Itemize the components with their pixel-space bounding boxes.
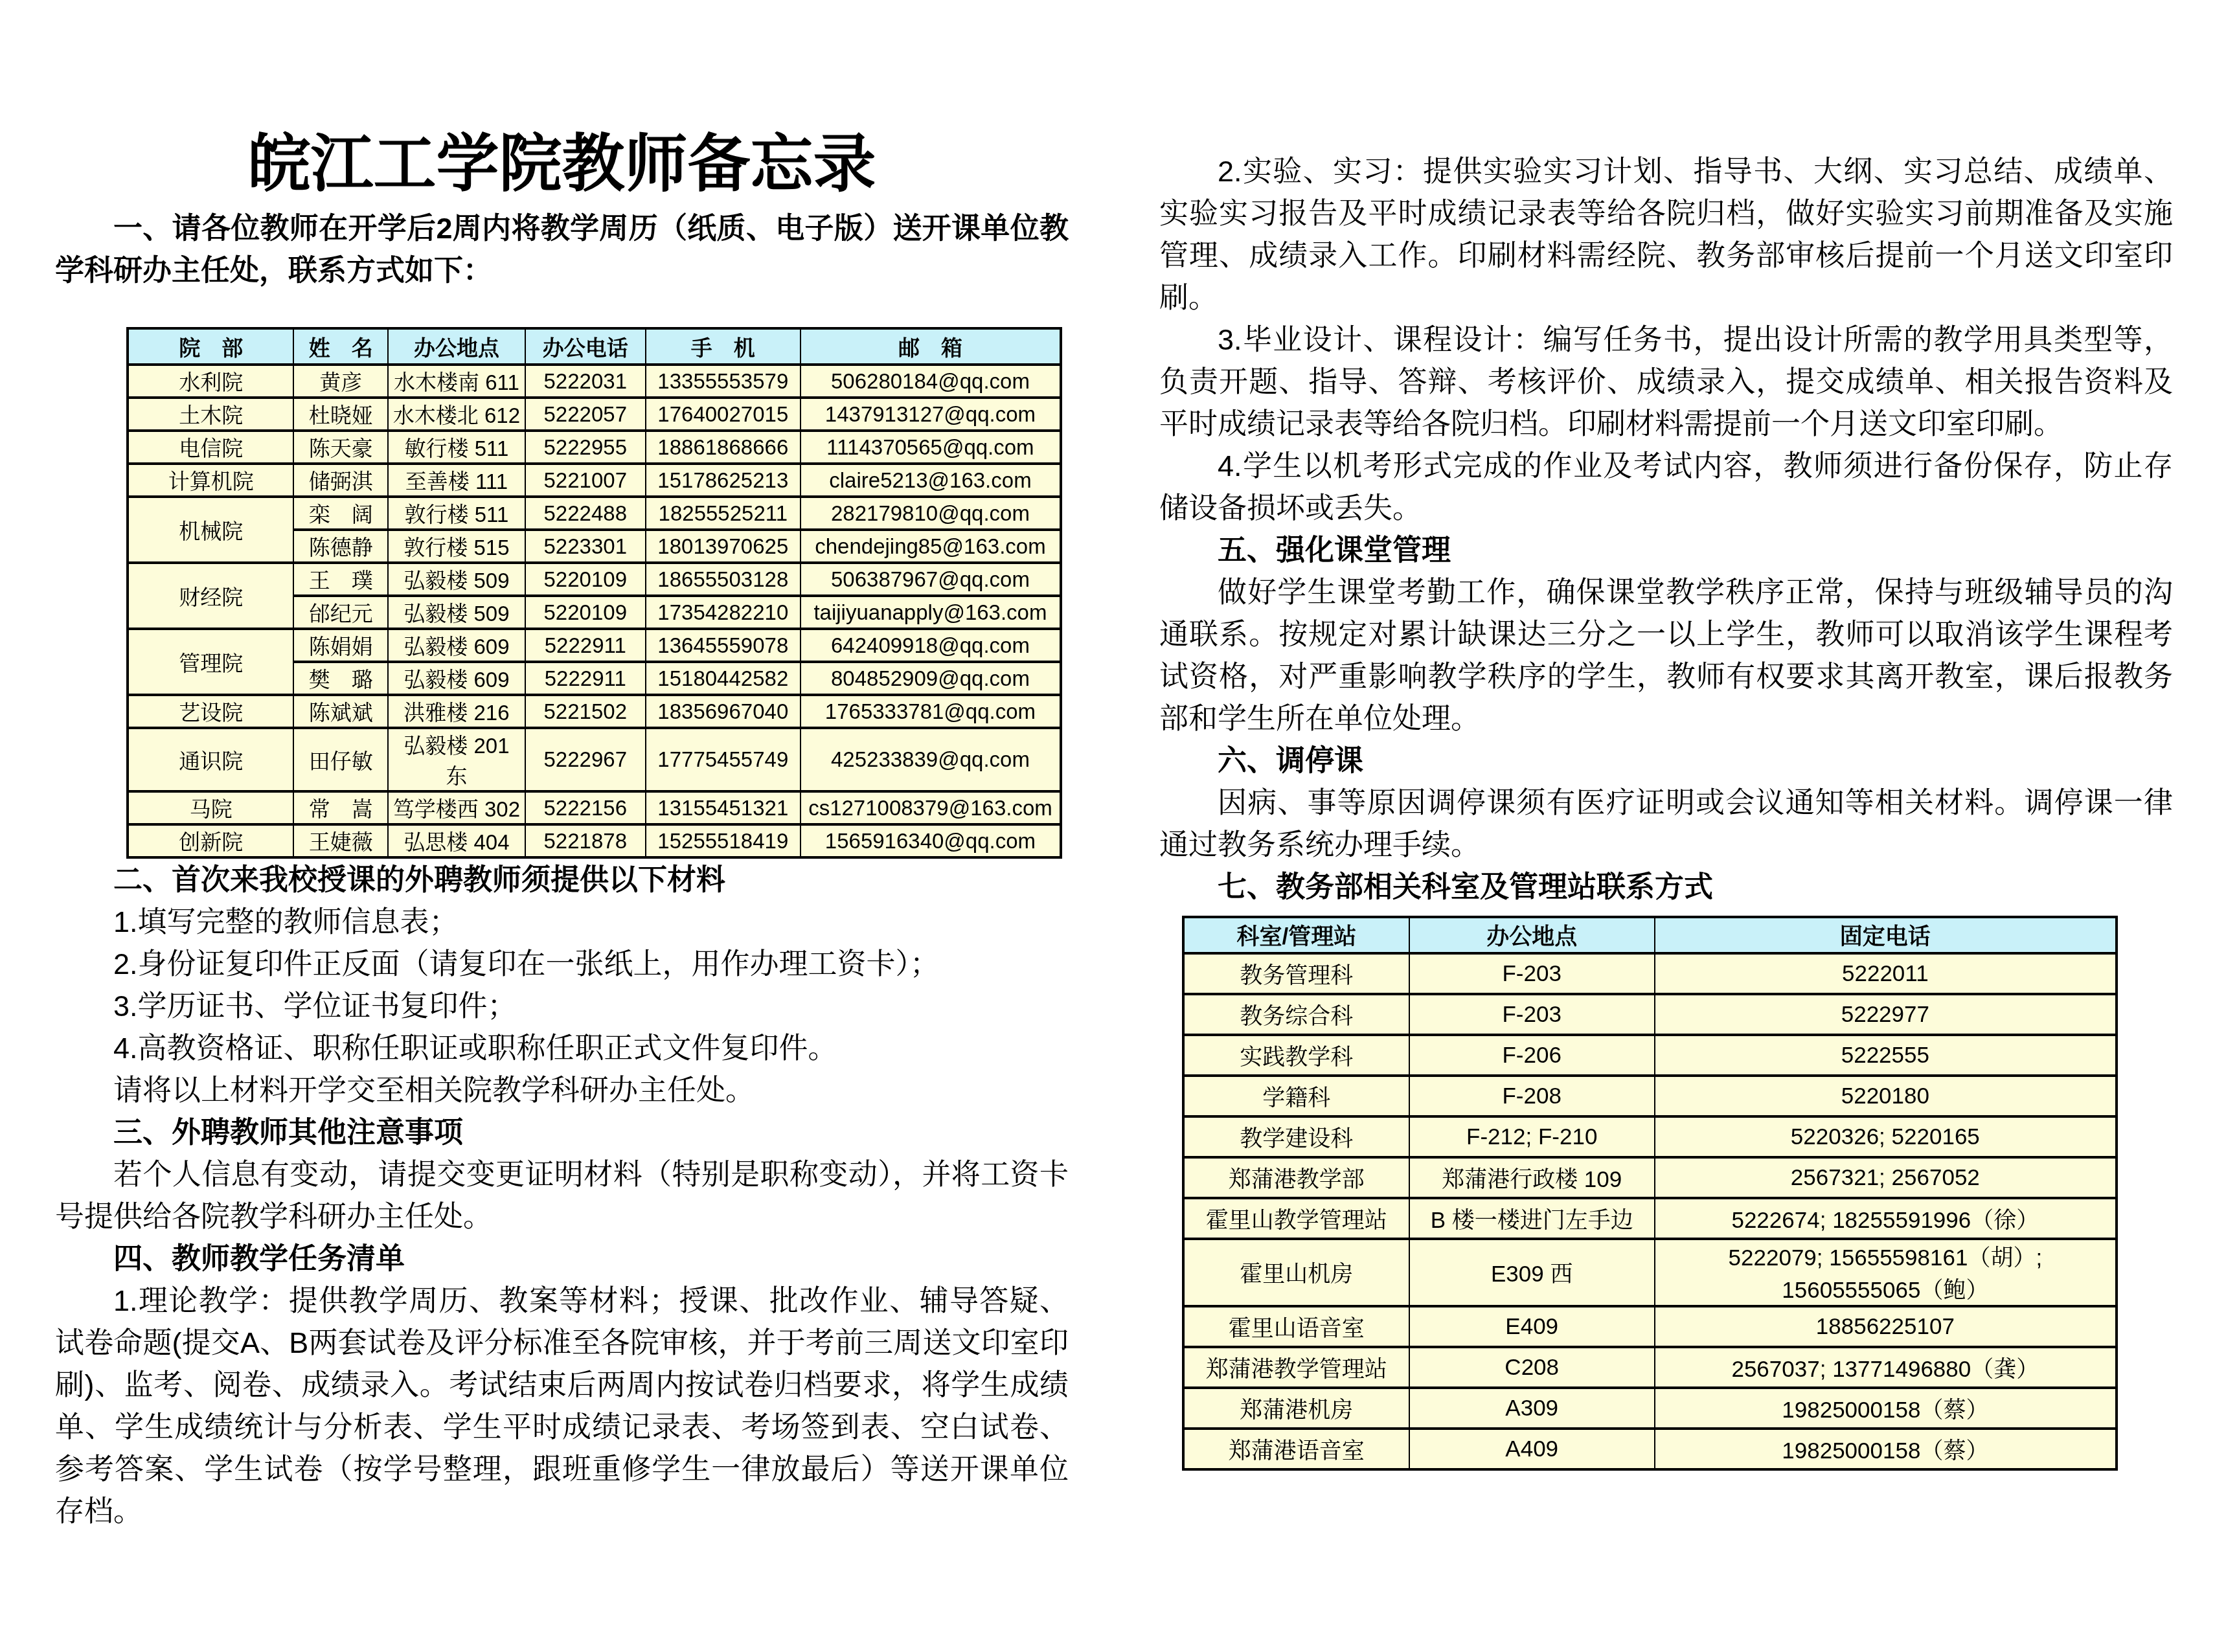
right-column: 2.实验、实习：提供实验实习计划、指导书、大纲、实习总结、成绩单、实验实习报告及… [1159, 0, 2173, 1471]
table-cell: 王婕薇 [293, 824, 388, 857]
table-row: 土木院杜晓娅水木楼北 61252220571764002701514379131… [128, 398, 1061, 431]
table-cell: 1437913127@qq.com [801, 398, 1061, 431]
table-row: 通识院田仔敏弘毅楼 201 东5222967177754557494252338… [128, 728, 1061, 791]
section-2-item-1: 1.填写完整的教师信息表； [55, 901, 1069, 943]
section-4-item-4: 4.学生以机考形式完成的作业及考试内容，教师须进行备份保存，防止存储设备损坏或丢… [1159, 445, 2173, 529]
table-cell: 陈斌斌 [293, 695, 388, 728]
table-cell: 5222057 [525, 398, 646, 431]
table-cell: 5221878 [525, 824, 646, 857]
table-cell: 郑蒲港语音室 [1183, 1429, 1409, 1469]
table-cell: 15180442582 [646, 662, 801, 695]
column-header-email: 邮 箱 [801, 328, 1061, 365]
table-row: 教务综合科F-2035222977 [1183, 994, 2117, 1035]
table-cell: 霍里山教学管理站 [1183, 1198, 1409, 1239]
table-cell: 创新院 [128, 824, 293, 857]
table-cell: 282179810@qq.com [801, 497, 1061, 530]
table-cell: 电信院 [128, 431, 293, 464]
table-row: 艺设院陈斌斌洪雅楼 216522150218356967040176533378… [128, 695, 1061, 728]
table-cell: 通识院 [128, 728, 293, 791]
table-cell: 5222977 [1655, 994, 2117, 1035]
table-cell: 栾 阔 [293, 497, 388, 530]
table-cell: 弘思楼 404 [388, 824, 525, 857]
table-row: 郑蒲港机房A30919825000158（蔡） [1183, 1388, 2117, 1429]
table-cell: 18356967040 [646, 695, 801, 728]
table-cell: 郑蒲港机房 [1183, 1388, 1409, 1429]
section-6-heading: 六、调停课 [1159, 740, 2173, 782]
table-row: 马院常 嵩笃学楼西 302522215613155451321cs1271008… [128, 791, 1061, 824]
table-cell: 5223301 [525, 530, 646, 563]
contact-table-body: 水利院黄彦水木楼南 611522203113355553579506280184… [128, 365, 1061, 857]
table-cell: 弘毅楼 509 [388, 563, 525, 596]
table-row: 郑蒲港教学部郑蒲港行政楼 1092567321; 2567052 [1183, 1157, 2117, 1198]
table-row: 郑蒲港教学管理站C2082567037; 13771496880（龚） [1183, 1347, 2117, 1388]
table-cell: 506280184@qq.com [801, 365, 1061, 398]
table-cell: 土木院 [128, 398, 293, 431]
table-cell: 樊 璐 [293, 662, 388, 695]
table-cell: 常 嵩 [293, 791, 388, 824]
table-cell: 804852909@qq.com [801, 662, 1061, 695]
table-cell: 18655503128 [646, 563, 801, 596]
column-header-mobile: 手 机 [646, 328, 801, 365]
table-row: 教务管理科F-2035222011 [1183, 953, 2117, 994]
table-cell: 教务综合科 [1183, 994, 1409, 1035]
table-cell: 5220180 [1655, 1076, 2117, 1116]
table-row: 学籍科F-2085220180 [1183, 1076, 2117, 1116]
table-row: 霍里山机房E309 西5222079; 15655598161（胡）; 1560… [1183, 1239, 2117, 1306]
table-row: 霍里山教学管理站B 楼一楼进门左手边5222674; 18255591996（徐… [1183, 1198, 2117, 1239]
table-cell: 5222555 [1655, 1035, 2117, 1076]
table-cell: F-203 [1409, 953, 1655, 994]
table-cell: 17354282210 [646, 596, 801, 629]
table-cell: 5222911 [525, 662, 646, 695]
table-cell: C208 [1409, 1347, 1655, 1388]
table-cell: 425233839@qq.com [801, 728, 1061, 791]
table-cell: 5222967 [525, 728, 646, 791]
table-cell: 郑蒲港教学部 [1183, 1157, 1409, 1198]
table-cell: 教学建设科 [1183, 1116, 1409, 1157]
table-cell: 5222488 [525, 497, 646, 530]
table-row: 机械院栾 阔敦行楼 511522248818255525211282179810… [128, 497, 1061, 530]
table-cell: 5222156 [525, 791, 646, 824]
table-cell: 杜晓娅 [293, 398, 388, 431]
table-cell: 霍里山机房 [1183, 1239, 1409, 1306]
table-cell: A409 [1409, 1429, 1655, 1469]
table-row: 实践教学科F-2065222555 [1183, 1035, 2117, 1076]
table-cell: 18856225107 [1655, 1306, 2117, 1347]
table-cell: 18013970625 [646, 530, 801, 563]
table-cell: 5222911 [525, 629, 646, 662]
document-page: 皖江工学院教师备忘录 一、请各位教师在开学后2周内将教学周历（纸质、电子版）送开… [0, 0, 2226, 1652]
table-cell: 5220326; 5220165 [1655, 1116, 2117, 1157]
table-cell: 5221007 [525, 464, 646, 497]
table-row: 郑蒲港语音室A40919825000158（蔡） [1183, 1429, 2117, 1469]
table-row: 计算机院储弼淇至善楼 111522100715178625213claire52… [128, 464, 1061, 497]
table-cell: 水木楼南 611 [388, 365, 525, 398]
table-cell: 王 璞 [293, 563, 388, 596]
document-title: 皖江工学院教师备忘录 [55, 120, 1069, 207]
table-cell: 5220109 [525, 596, 646, 629]
intro-paragraph: 一、请各位教师在开学后2周内将教学周历（纸质、电子版）送开课单位教学科研办主任处… [55, 207, 1069, 291]
table-cell: 教务管理科 [1183, 953, 1409, 994]
section-3-paragraph: 若个人信息有变动，请提交变更证明材料（特别是职称变动），并将工资卡号提供给各院教… [55, 1153, 1069, 1238]
table-cell: 郑蒲港行政楼 109 [1409, 1157, 1655, 1198]
table-cell: 管理院 [128, 629, 293, 695]
table-cell: E309 西 [1409, 1239, 1655, 1306]
table-cell: 田仔敏 [293, 728, 388, 791]
table-cell: F-206 [1409, 1035, 1655, 1076]
table-cell: 19825000158（蔡） [1655, 1429, 2117, 1469]
table-cell: F-203 [1409, 994, 1655, 1035]
column-header-name: 姓 名 [293, 328, 388, 365]
table-cell: 笃学楼西 302 [388, 791, 525, 824]
table-cell: taijiyuanapply@163.com [801, 596, 1061, 629]
section-2-item-2: 2.身份证复印件正反面（请复印在一张纸上，用作办理工资卡）； [55, 943, 1069, 985]
table-row: 创新院王婕薇弘思楼 404522187815255518419156591634… [128, 824, 1061, 857]
table-cell: 18861868666 [646, 431, 801, 464]
table-cell: 1114370565@qq.com [801, 431, 1061, 464]
office-table-body: 教务管理科F-2035222011教务综合科F-2035222977实践教学科F… [1183, 953, 2117, 1469]
table-cell: 15255518419 [646, 824, 801, 857]
table-cell: 17640027015 [646, 398, 801, 431]
table-row: 电信院陈天豪敏行楼 511522295518861868666111437056… [128, 431, 1061, 464]
section-5-heading: 五、强化课堂管理 [1159, 529, 2173, 571]
table-cell: 5222674; 18255591996（徐） [1655, 1198, 2117, 1239]
column-header-office-or-station: 科室/管理站 [1183, 917, 1409, 953]
table-cell: 邰纪元 [293, 596, 388, 629]
table-cell: 5222955 [525, 431, 646, 464]
table-cell: 敦行楼 515 [388, 530, 525, 563]
table-cell: 财经院 [128, 563, 293, 629]
table-cell: 黄彦 [293, 365, 388, 398]
table-cell: 1565916340@qq.com [801, 824, 1061, 857]
section-2-item-3: 3.学历证书、学位证书复印件； [55, 985, 1069, 1027]
office-table-header-row: 科室/管理站 办公地点 固定电话 [1183, 917, 2117, 953]
section-4-item-2: 2.实验、实习：提供实验实习计划、指导书、大纲、实习总结、成绩单、实验实习报告及… [1159, 150, 2173, 319]
table-cell: 储弼淇 [293, 464, 388, 497]
table-cell: 弘毅楼 609 [388, 662, 525, 695]
contact-table-header-row: 院 部 姓 名 办公地点 办公电话 手 机 邮 箱 [128, 328, 1061, 365]
table-cell: E409 [1409, 1306, 1655, 1347]
column-header-department: 院 部 [128, 328, 293, 365]
table-cell: 弘毅楼 201 东 [388, 728, 525, 791]
table-cell: 水利院 [128, 365, 293, 398]
table-cell: 马院 [128, 791, 293, 824]
table-cell: 17775455749 [646, 728, 801, 791]
section-7-heading: 七、教务部相关科室及管理站联系方式 [1159, 866, 2173, 908]
column-header-landline: 固定电话 [1655, 917, 2117, 953]
table-cell: 2567037; 13771496880（龚） [1655, 1347, 2117, 1388]
table-cell: 18255525211 [646, 497, 801, 530]
table-cell: 敏行楼 511 [388, 431, 525, 464]
table-cell: F-208 [1409, 1076, 1655, 1116]
table-cell: 洪雅楼 216 [388, 695, 525, 728]
office-table: 科室/管理站 办公地点 固定电话 教务管理科F-2035222011教务综合科F… [1182, 916, 2118, 1471]
table-cell: 陈天豪 [293, 431, 388, 464]
table-cell: 郑蒲港教学管理站 [1183, 1347, 1409, 1388]
table-cell: 陈德静 [293, 530, 388, 563]
table-cell: 5221502 [525, 695, 646, 728]
column-header-office-location: 办公地点 [388, 328, 525, 365]
table-cell: claire5213@163.com [801, 464, 1061, 497]
table-cell: 计算机院 [128, 464, 293, 497]
table-cell: chendejing85@163.com [801, 530, 1061, 563]
table-cell: 水木楼北 612 [388, 398, 525, 431]
column-header-office-phone: 办公电话 [525, 328, 646, 365]
section-4-item-3: 3.毕业设计、课程设计：编写任务书，提出设计所需的教学用具类型等，负责开题、指导… [1159, 319, 2173, 445]
section-5-paragraph: 做好学生课堂考勤工作，确保课堂教学秩序正常，保持与班级辅导员的沟通联系。按规定对… [1159, 571, 2173, 740]
column-header-office-location: 办公地点 [1409, 917, 1655, 953]
table-cell: 1765333781@qq.com [801, 695, 1061, 728]
table-cell: 13155451321 [646, 791, 801, 824]
section-4-heading: 四、教师教学任务清单 [55, 1238, 1069, 1280]
table-row: 财经院王 璞弘毅楼 509522010918655503128506387967… [128, 563, 1061, 596]
table-cell: 5222011 [1655, 953, 2117, 994]
table-row: 管理院陈娟娟弘毅楼 609522291113645559078642409918… [128, 629, 1061, 662]
table-cell: B 楼一楼进门左手边 [1409, 1198, 1655, 1239]
section-3-heading: 三、外聘教师其他注意事项 [55, 1111, 1069, 1153]
table-cell: 陈娟娟 [293, 629, 388, 662]
table-cell: 实践教学科 [1183, 1035, 1409, 1076]
table-cell: 弘毅楼 509 [388, 596, 525, 629]
table-row: 水利院黄彦水木楼南 611522203113355553579506280184… [128, 365, 1061, 398]
table-cell: 5222079; 15655598161（胡）; 15605555065（鲍） [1655, 1239, 2117, 1306]
table-cell: 艺设院 [128, 695, 293, 728]
table-cell: 506387967@qq.com [801, 563, 1061, 596]
section-4-item-1: 1.理论教学：提供教学周历、教案等材料；授课、批改作业、辅导答疑、试卷命题(提交… [55, 1280, 1069, 1532]
table-cell: 19825000158（蔡） [1655, 1388, 2117, 1429]
table-cell: 弘毅楼 609 [388, 629, 525, 662]
table-cell: 5220109 [525, 563, 646, 596]
table-cell: 15178625213 [646, 464, 801, 497]
table-cell: cs1271008379@163.com [801, 791, 1061, 824]
table-cell: 13645559078 [646, 629, 801, 662]
contact-table: 院 部 姓 名 办公地点 办公电话 手 机 邮 箱 水利院黄彦水木楼南 6115… [126, 327, 1062, 859]
section-2-item-4: 4.高教资格证、职称任职证或职称任职正式文件复印件。 [55, 1027, 1069, 1069]
table-cell: 2567321; 2567052 [1655, 1157, 2117, 1198]
table-cell: A309 [1409, 1388, 1655, 1429]
table-row: 教学建设科F-212; F-2105220326; 5220165 [1183, 1116, 2117, 1157]
table-cell: F-212; F-210 [1409, 1116, 1655, 1157]
table-cell: 敦行楼 511 [388, 497, 525, 530]
table-cell: 学籍科 [1183, 1076, 1409, 1116]
table-cell: 至善楼 111 [388, 464, 525, 497]
table-cell: 霍里山语音室 [1183, 1306, 1409, 1347]
section-2-heading: 二、首次来我校授课的外聘教师须提供以下材料 [55, 859, 1069, 901]
table-cell: 642409918@qq.com [801, 629, 1061, 662]
table-cell: 13355553579 [646, 365, 801, 398]
left-column: 皖江工学院教师备忘录 一、请各位教师在开学后2周内将教学周历（纸质、电子版）送开… [55, 0, 1069, 1532]
section-2-closing: 请将以上材料开学交至相关院教学科研办主任处。 [55, 1069, 1069, 1111]
table-row: 霍里山语音室E40918856225107 [1183, 1306, 2117, 1347]
section-6-paragraph: 因病、事等原因调停课须有医疗证明或会议通知等相关材料。调停课一律通过教务系统办理… [1159, 782, 2173, 866]
table-cell: 机械院 [128, 497, 293, 563]
table-cell: 5222031 [525, 365, 646, 398]
